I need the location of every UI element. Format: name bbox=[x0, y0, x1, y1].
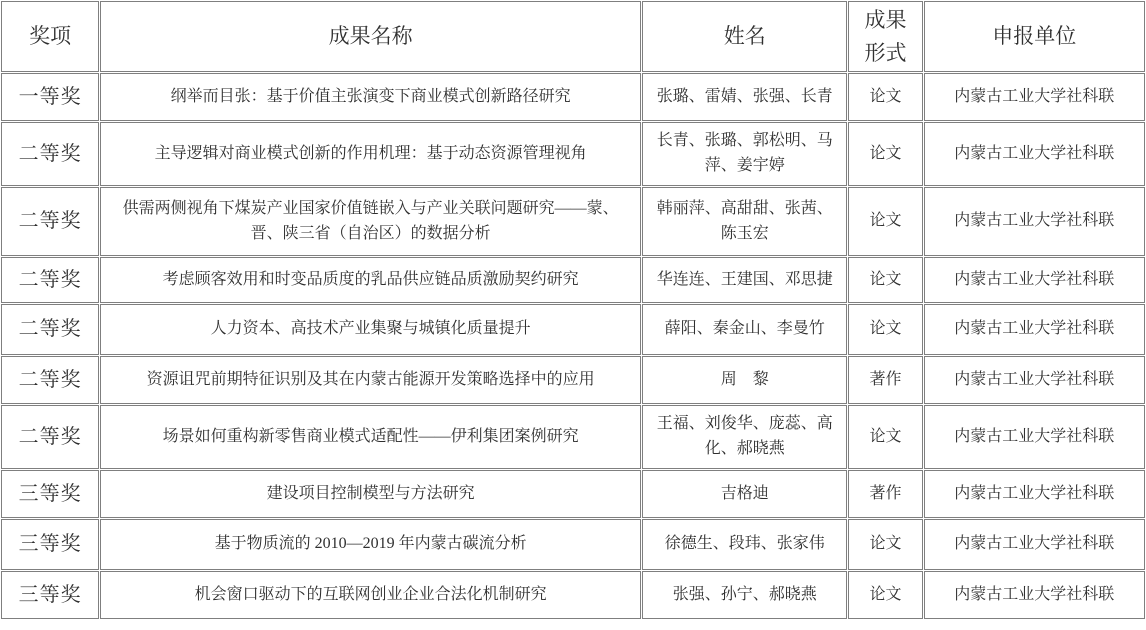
unit-cell: 内蒙古工业大学社科联 bbox=[924, 257, 1145, 303]
award-cell: 一等奖 bbox=[1, 73, 99, 121]
unit-cell: 内蒙古工业大学社科联 bbox=[924, 356, 1145, 404]
form-cell: 论文 bbox=[848, 187, 922, 256]
header-names: 姓名 bbox=[642, 1, 847, 72]
header-form: 成果形式 bbox=[848, 1, 922, 72]
title-cell: 主导逻辑对商业模式创新的作用机理：基于动态资源管理视角 bbox=[100, 122, 641, 186]
form-cell: 论文 bbox=[848, 405, 922, 469]
names-cell: 吉格迪 bbox=[642, 470, 847, 518]
table-row: 二等奖 考虑顾客效用和时变品质度的乳品供应链品质激励契约研究 华连连、王建国、邓… bbox=[1, 257, 1145, 303]
header-award: 奖项 bbox=[1, 1, 99, 72]
names-cell: 张璐、雷婧、张强、长青 bbox=[642, 73, 847, 121]
form-cell: 论文 bbox=[848, 257, 922, 303]
award-cell: 二等奖 bbox=[1, 122, 99, 186]
unit-cell: 内蒙古工业大学社科联 bbox=[924, 122, 1145, 186]
names-cell: 华连连、王建国、邓思捷 bbox=[642, 257, 847, 303]
names-cell: 徐德生、段玮、张家伟 bbox=[642, 519, 847, 570]
names-cell: 韩丽萍、高甜甜、张茜、陈玉宏 bbox=[642, 187, 847, 256]
title-cell: 基于物质流的 2010—2019 年内蒙古碳流分析 bbox=[100, 519, 641, 570]
names-cell: 薛阳、秦金山、李曼竹 bbox=[642, 304, 847, 355]
unit-cell: 内蒙古工业大学社科联 bbox=[924, 304, 1145, 355]
form-cell: 论文 bbox=[848, 122, 922, 186]
table-row: 三等奖 建设项目控制模型与方法研究 吉格迪 著作 内蒙古工业大学社科联 bbox=[1, 470, 1145, 518]
names-cell: 张强、孙宁、郝晓燕 bbox=[642, 571, 847, 619]
document-page: 奖项 成果名称 姓名 成果形式 申报单位 一等奖 纲举而目张：基于价值主张演变下… bbox=[0, 0, 1146, 630]
header-unit: 申报单位 bbox=[924, 1, 1145, 72]
award-cell: 三等奖 bbox=[1, 571, 99, 619]
unit-cell: 内蒙古工业大学社科联 bbox=[924, 187, 1145, 256]
table-row: 二等奖 供需两侧视角下煤炭产业国家价值链嵌入与产业关联问题研究——蒙、晋、陕三省… bbox=[1, 187, 1145, 256]
table-row: 二等奖 人力资本、高技术产业集聚与城镇化质量提升 薛阳、秦金山、李曼竹 论文 内… bbox=[1, 304, 1145, 355]
award-cell: 三等奖 bbox=[1, 470, 99, 518]
award-cell: 二等奖 bbox=[1, 356, 99, 404]
form-cell: 著作 bbox=[848, 470, 922, 518]
unit-cell: 内蒙古工业大学社科联 bbox=[924, 73, 1145, 121]
table-row: 一等奖 纲举而目张：基于价值主张演变下商业模式创新路径研究 张璐、雷婧、张强、长… bbox=[1, 73, 1145, 121]
award-cell: 二等奖 bbox=[1, 257, 99, 303]
names-cell: 周 黎 bbox=[642, 356, 847, 404]
form-cell: 论文 bbox=[848, 73, 922, 121]
table-header-row: 奖项 成果名称 姓名 成果形式 申报单位 bbox=[1, 1, 1145, 72]
title-cell: 资源诅咒前期特征识别及其在内蒙古能源开发策略选择中的应用 bbox=[100, 356, 641, 404]
table-row: 三等奖 基于物质流的 2010—2019 年内蒙古碳流分析 徐德生、段玮、张家伟… bbox=[1, 519, 1145, 570]
form-cell: 论文 bbox=[848, 304, 922, 355]
unit-cell: 内蒙古工业大学社科联 bbox=[924, 571, 1145, 619]
title-cell: 机会窗口驱动下的互联网创业企业合法化机制研究 bbox=[100, 571, 641, 619]
names-cell: 王福、刘俊华、庞蕊、高化、郝晓燕 bbox=[642, 405, 847, 469]
award-cell: 三等奖 bbox=[1, 519, 99, 570]
table-row: 二等奖 主导逻辑对商业模式创新的作用机理：基于动态资源管理视角 长青、张璐、郭松… bbox=[1, 122, 1145, 186]
form-cell: 论文 bbox=[848, 571, 922, 619]
award-cell: 二等奖 bbox=[1, 405, 99, 469]
names-cell: 长青、张璐、郭松明、马萍、姜宇婷 bbox=[642, 122, 847, 186]
award-cell: 二等奖 bbox=[1, 187, 99, 256]
table-row: 二等奖 场景如何重构新零售商业模式适配性——伊利集团案例研究 王福、刘俊华、庞蕊… bbox=[1, 405, 1145, 469]
title-cell: 供需两侧视角下煤炭产业国家价值链嵌入与产业关联问题研究——蒙、晋、陕三省（自治区… bbox=[100, 187, 641, 256]
table-row: 三等奖 机会窗口驱动下的互联网创业企业合法化机制研究 张强、孙宁、郝晓燕 论文 … bbox=[1, 571, 1145, 619]
title-cell: 建设项目控制模型与方法研究 bbox=[100, 470, 641, 518]
table-row: 二等奖 资源诅咒前期特征识别及其在内蒙古能源开发策略选择中的应用 周 黎 著作 … bbox=[1, 356, 1145, 404]
header-title: 成果名称 bbox=[100, 1, 641, 72]
unit-cell: 内蒙古工业大学社科联 bbox=[924, 405, 1145, 469]
title-cell: 考虑顾客效用和时变品质度的乳品供应链品质激励契约研究 bbox=[100, 257, 641, 303]
awards-table: 奖项 成果名称 姓名 成果形式 申报单位 一等奖 纲举而目张：基于价值主张演变下… bbox=[0, 0, 1146, 620]
unit-cell: 内蒙古工业大学社科联 bbox=[924, 470, 1145, 518]
title-cell: 场景如何重构新零售商业模式适配性——伊利集团案例研究 bbox=[100, 405, 641, 469]
award-cell: 二等奖 bbox=[1, 304, 99, 355]
title-cell: 纲举而目张：基于价值主张演变下商业模式创新路径研究 bbox=[100, 73, 641, 121]
form-cell: 著作 bbox=[848, 356, 922, 404]
title-cell: 人力资本、高技术产业集聚与城镇化质量提升 bbox=[100, 304, 641, 355]
form-cell: 论文 bbox=[848, 519, 922, 570]
unit-cell: 内蒙古工业大学社科联 bbox=[924, 519, 1145, 570]
